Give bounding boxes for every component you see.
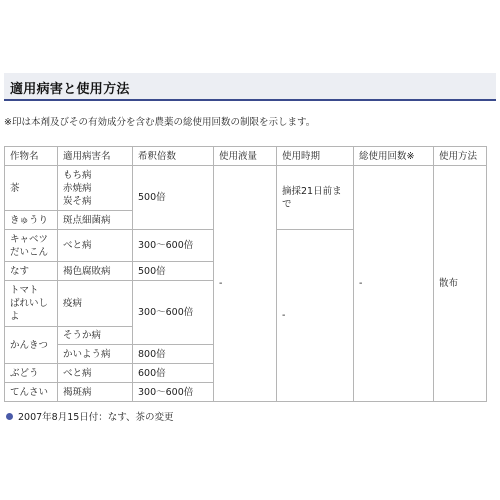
dilution-cell: 300〜600倍 [133, 230, 214, 262]
section-title: 適用病害と使用方法 [10, 78, 130, 97]
crop-cell: てんさい [5, 383, 58, 402]
dilution-cell: 300〜600倍 [133, 281, 214, 345]
restriction-note: ※印は本剤及びその有効成分を含む農薬の総使用回数の制限を示します。 [4, 114, 315, 128]
crop-cell: きゅうり [5, 211, 58, 230]
disease-cell: 斑点細菌病 [58, 211, 133, 230]
crop-cell: なす [5, 262, 58, 281]
dilution-cell: 800倍 [133, 345, 214, 364]
disease-cell: 褐色腐敗病 [58, 262, 133, 281]
dilution-cell: 600倍 [133, 364, 214, 383]
usage-table: 作物名 適用病害名 希釈倍数 使用液量 使用時期 総使用回数※ 使用方法 茶 も… [4, 146, 487, 402]
total-uses-cell: - [354, 166, 434, 402]
table-row: 茶 もち病 赤焼病 炭そ病 500倍 - 摘採21日前まで - 散布 [5, 166, 487, 211]
dilution-cell: 300〜600倍 [133, 383, 214, 402]
bullet-icon [6, 413, 13, 420]
crop-cell: キャベツ だいこん [5, 230, 58, 262]
disease-cell: もち病 赤焼病 炭そ病 [58, 166, 133, 211]
method-cell: 散布 [434, 166, 487, 402]
disease-cell: 疫病 [58, 281, 133, 327]
crop-cell: かんきつ [5, 327, 58, 364]
disease-cell: べと病 [58, 364, 133, 383]
dilution-cell: 500倍 [133, 166, 214, 230]
section-header: 適用病害と使用方法 [4, 73, 496, 101]
header-disease: 適用病害名 [58, 147, 133, 166]
header-dilution: 希釈倍数 [133, 147, 214, 166]
header-volume: 使用液量 [214, 147, 277, 166]
table-header-row: 作物名 適用病害名 希釈倍数 使用液量 使用時期 総使用回数※ 使用方法 [5, 147, 487, 166]
disease-cell: そうか病 [58, 327, 133, 345]
dilution-cell: 500倍 [133, 262, 214, 281]
header-total-uses: 総使用回数※ [354, 147, 434, 166]
update-note: 2007年8月15日付：なす、茶の変更 [6, 409, 174, 423]
header-timing: 使用時期 [277, 147, 354, 166]
crop-cell: ぶどう [5, 364, 58, 383]
crop-cell: トマト ばれいし よ [5, 281, 58, 327]
crop-cell: 茶 [5, 166, 58, 211]
timing-cell: - [277, 230, 354, 402]
header-crop: 作物名 [5, 147, 58, 166]
disease-cell: かいよう病 [58, 345, 133, 364]
header-method: 使用方法 [434, 147, 487, 166]
update-note-text: 2007年8月15日付：なす、茶の変更 [18, 409, 174, 423]
disease-cell: 褐斑病 [58, 383, 133, 402]
timing-cell: 摘採21日前まで [277, 166, 354, 230]
disease-cell: べと病 [58, 230, 133, 262]
volume-cell: - [214, 166, 277, 402]
